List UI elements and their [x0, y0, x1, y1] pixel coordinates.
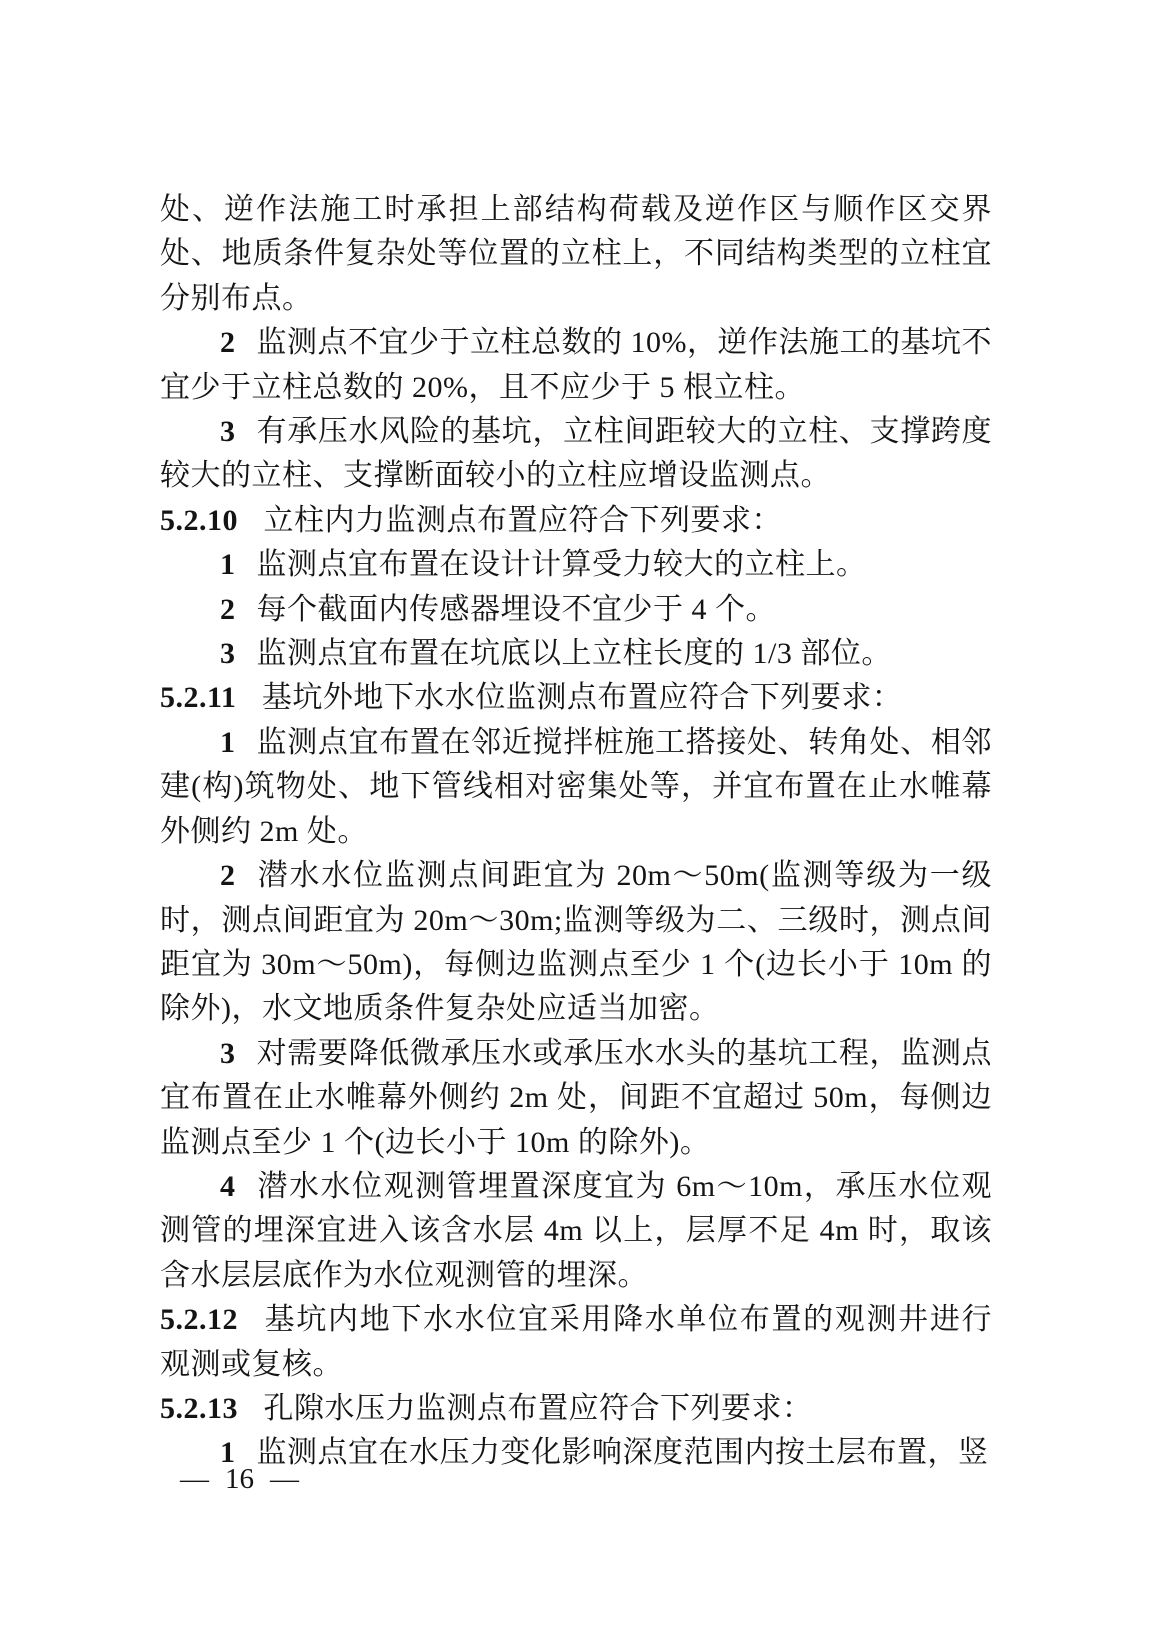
paragraph-text: 潜水水位监测点间距宜为 20m～50m(监测等级为一级时，测点间距宜为 20m～… [160, 859, 992, 1025]
item-number: 1 [220, 548, 236, 581]
clause-item: 3有承压水风险的基坑，立柱间距较大的立柱、支撑跨度较大的立柱、支撑断面较小的立柱… [160, 410, 992, 499]
paragraph-text: 基坑外地下水水位监测点布置应符合下列要求： [262, 681, 903, 714]
section-5-2-12: 5.2.12基坑内地下水水位宜采用降水单位布置的观测井进行观测或复核。 [160, 1298, 992, 1387]
document-text-block: 处、逆作法施工时承担上部结构荷载及逆作区与顺作区交界处、地质条件复杂处等位置的立… [160, 188, 992, 1476]
paragraph-text: 孔隙水压力监测点布置应符合下列要求： [264, 1392, 813, 1425]
item-number: 1 [220, 726, 236, 759]
clause-item: 1监测点宜布置在设计计算受力较大的立柱上。 [160, 543, 992, 587]
section-number: 5.2.12 [160, 1303, 238, 1336]
item-number: 3 [220, 1037, 236, 1070]
paragraph-text: 监测点宜布置在邻近搅拌桩施工搭接处、转角处、相邻建(构)筑物处、地下管线相对密集… [160, 726, 992, 848]
clause-item: 3监测点宜布置在坑底以上立柱长度的 1/3 部位。 [160, 632, 992, 676]
item-number: 2 [220, 593, 236, 626]
paragraph-text: 有承压水风险的基坑，立柱间距较大的立柱、支撑跨度较大的立柱、支撑断面较小的立柱应… [160, 415, 992, 492]
paragraph-text: 潜水水位观测管埋置深度宜为 6m～10m，承压水位观测管的埋深宜进入该含水层 4… [160, 1170, 992, 1292]
footer-right-dash: — [270, 1463, 299, 1495]
paragraph-text: 基坑内地下水水位宜采用降水单位布置的观测井进行观测或复核。 [160, 1303, 992, 1380]
paragraph-text: 监测点不宜少于立柱总数的 10%，逆作法施工的基坑不宜少于立柱总数的 20%，且… [160, 326, 992, 403]
page-footer: —16— [180, 1459, 299, 1499]
section-number: 5.2.11 [160, 681, 236, 714]
clause-item: 4潜水水位观测管埋置深度宜为 6m～10m，承压水位观测管的埋深宜进入该含水层 … [160, 1165, 992, 1298]
clause-item: 3对需要降低微承压水或承压水水头的基坑工程，监测点宜布置在止水帷幕外侧约 2m … [160, 1032, 992, 1165]
paragraph-text: 立柱内力监测点布置应符合下列要求： [264, 504, 783, 537]
section-5-2-10: 5.2.10立柱内力监测点布置应符合下列要求： [160, 499, 992, 543]
paragraph-text: 监测点宜在水压力变化影响深度范围内按土层布置，竖 [257, 1436, 989, 1469]
clause-item: 1监测点宜布置在邻近搅拌桩施工搭接处、转角处、相邻建(构)筑物处、地下管线相对密… [160, 721, 992, 854]
clause-item: 2监测点不宜少于立柱总数的 10%，逆作法施工的基坑不宜少于立柱总数的 20%，… [160, 321, 992, 410]
section-number: 5.2.10 [160, 504, 238, 537]
item-number: 3 [220, 637, 236, 670]
paragraph-continuation: 处、逆作法施工时承担上部结构荷载及逆作区与顺作区交界处、地质条件复杂处等位置的立… [160, 188, 992, 321]
footer-left-dash: — [180, 1463, 209, 1495]
document-page: 处、逆作法施工时承担上部结构荷载及逆作区与顺作区交界处、地质条件复杂处等位置的立… [0, 0, 1150, 1646]
item-number: 3 [220, 415, 236, 448]
paragraph-text: 处、逆作法施工时承担上部结构荷载及逆作区与顺作区交界处、地质条件复杂处等位置的立… [160, 193, 992, 315]
item-number: 2 [220, 326, 236, 359]
item-number: 2 [220, 859, 236, 892]
paragraph-text: 监测点宜布置在坑底以上立柱长度的 1/3 部位。 [257, 637, 892, 670]
section-number: 5.2.13 [160, 1392, 238, 1425]
clause-item: 2每个截面内传感器埋设不宜少于 4 个。 [160, 588, 992, 632]
paragraph-text: 每个截面内传感器埋设不宜少于 4 个。 [257, 593, 777, 626]
section-5-2-13: 5.2.13孔隙水压力监测点布置应符合下列要求： [160, 1387, 992, 1431]
item-number: 4 [220, 1170, 236, 1203]
page-number: 16 [225, 1459, 254, 1499]
clause-item: 2潜水水位监测点间距宜为 20m～50m(监测等级为一级时，测点间距宜为 20m… [160, 854, 992, 1032]
paragraph-text: 监测点宜布置在设计计算受力较大的立柱上。 [257, 548, 867, 581]
paragraph-text: 对需要降低微承压水或承压水水头的基坑工程，监测点宜布置在止水帷幕外侧约 2m 处… [160, 1037, 992, 1159]
section-5-2-11: 5.2.11基坑外地下水水位监测点布置应符合下列要求： [160, 676, 992, 720]
